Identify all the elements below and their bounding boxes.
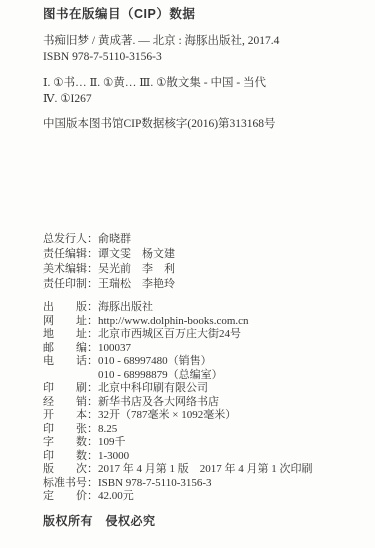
cip-isbn-line: ISBN 978-7-5110-3156-3 — [43, 49, 355, 65]
row-colon: ： — [87, 450, 98, 464]
row-value: 109千 — [98, 436, 126, 448]
pub-row-distribution: 经 销：新华书店及各大网络书店 — [43, 396, 355, 410]
row-label: 印 数 — [43, 450, 87, 464]
row-value: 谭文雯 杨文建 — [98, 248, 175, 260]
row-colon: ： — [87, 247, 98, 262]
row-label: 标准书号 — [43, 477, 87, 491]
row-colon: ： — [87, 396, 98, 410]
row-colon: ： — [87, 232, 98, 247]
publication-list: 出 版：海豚出版社 网 址：http://www.dolphin-books.c… — [43, 301, 355, 504]
row-label: 责任印制 — [43, 277, 87, 292]
row-value: 010 - 68998879（总编室） — [98, 369, 223, 381]
pub-row-price: 定 价：42.00元 — [43, 490, 355, 504]
row-label: 网 址 — [43, 315, 87, 329]
row-label: 电 话 — [43, 355, 87, 369]
row-colon: ： — [87, 342, 98, 356]
cip-record-line: 书痴旧梦 / 黄成著. — 北京 : 海豚出版社, 2017.4 — [43, 33, 355, 49]
row-value: 42.00元 — [98, 490, 134, 502]
pub-row-edition: 版 次：2017 年 4 月第 1 版 2017 年 4 月第 1 次印刷 — [43, 463, 355, 477]
row-colon: ： — [87, 315, 98, 329]
pub-row-address: 地 址：北京市西城区百万庄大街24号 — [43, 328, 355, 342]
row-colon: ： — [87, 463, 98, 477]
row-label: 责任编辑 — [43, 247, 87, 262]
row-label: 开 本 — [43, 409, 87, 423]
cip-registry-number: 中国版本图书馆CIP数据核字(2016)第313168号 — [43, 116, 355, 132]
row-value: 俞晓群 — [98, 233, 131, 245]
row-label: 地 址 — [43, 328, 87, 342]
pub-row-print-run: 印 数：1-3000 — [43, 450, 355, 464]
cip-classification-line: Ⅰ. ①书… Ⅱ. ①黄… Ⅲ. ①散文集 - 中国 - 当代 — [43, 75, 355, 91]
pub-row-phone: 电 话：010 - 68997480（销售） — [43, 355, 355, 369]
row-value: 北京中科印刷有限公司 — [98, 382, 208, 394]
row-label: 定 价 — [43, 490, 87, 504]
row-label: 印 张 — [43, 423, 87, 437]
pub-row-word-count: 字 数：109千 — [43, 436, 355, 450]
row-colon: ： — [87, 477, 98, 491]
row-colon: ： — [87, 436, 98, 450]
row-label: 邮 编 — [43, 342, 87, 356]
pub-row-publisher: 出 版：海豚出版社 — [43, 301, 355, 315]
staff-row-general-distributor: 总发行人：俞晓群 — [43, 232, 355, 247]
pub-row-isbn: 标准书号：ISBN 978-7-5110-3156-3 — [43, 477, 355, 491]
pub-row-phone-2: ：010 - 68998879（总编室） — [43, 369, 355, 383]
row-colon: ： — [87, 355, 98, 369]
row-value: 1-3000 — [98, 450, 129, 462]
cip-classification-line: Ⅳ. ①I267 — [43, 91, 355, 107]
row-value: 2017 年 4 月第 1 版 2017 年 4 月第 1 次印刷 — [98, 463, 313, 475]
staff-row-art-editor: 美术编辑：吴光前 李 利 — [43, 262, 355, 277]
row-colon: ： — [87, 490, 98, 504]
row-label: 经 销 — [43, 396, 87, 410]
copyright-page: 图书在版编目（CIP）数据 书痴旧梦 / 黄成著. — 北京 : 海豚出版社, … — [0, 0, 375, 548]
pub-row-format: 开 本：32开（787毫米 × 1092毫米） — [43, 409, 355, 423]
row-colon: ： — [87, 409, 98, 423]
copyright-notice: 版权所有 侵权必究 — [43, 514, 355, 528]
row-value: 100037 — [98, 342, 131, 354]
row-colon: ： — [87, 262, 98, 277]
row-label: 总发行人 — [43, 232, 87, 247]
row-value: 010 - 68997480（销售） — [98, 355, 212, 367]
row-value: http://www.dolphin-books.com.cn — [98, 315, 249, 327]
row-value: 王瑞松 李艳玲 — [98, 278, 175, 290]
row-label: 印 刷 — [43, 382, 87, 396]
row-label: 美术编辑 — [43, 262, 87, 277]
staff-row-print-supervisor: 责任印制：王瑞松 李艳玲 — [43, 277, 355, 292]
row-label: 版 次 — [43, 463, 87, 477]
row-label: 出 版 — [43, 301, 87, 315]
pub-row-website: 网 址：http://www.dolphin-books.com.cn — [43, 315, 355, 329]
row-value: 8.25 — [98, 423, 117, 435]
row-colon: ： — [87, 382, 98, 396]
staff-row-managing-editor: 责任编辑：谭文雯 杨文建 — [43, 247, 355, 262]
cip-classification-block: Ⅰ. ①书… Ⅱ. ①黄… Ⅲ. ①散文集 - 中国 - 当代 Ⅳ. ①I267 — [43, 75, 355, 107]
pub-row-postcode: 邮 编：100037 — [43, 342, 355, 356]
row-value: 吴光前 李 利 — [98, 263, 175, 275]
row-value: 海豚出版社 — [98, 301, 153, 313]
row-value: 新华书店及各大网络书店 — [98, 396, 219, 408]
row-colon: ： — [87, 423, 98, 437]
row-colon: ： — [87, 277, 98, 292]
row-label: 字 数 — [43, 436, 87, 450]
row-colon: ： — [87, 328, 98, 342]
row-value: ISBN 978-7-5110-3156-3 — [98, 477, 212, 489]
row-colon: ： — [87, 301, 98, 315]
pub-row-sheets: 印 张：8.25 — [43, 423, 355, 437]
cip-record-block: 书痴旧梦 / 黄成著. — 北京 : 海豚出版社, 2017.4 ISBN 97… — [43, 33, 355, 65]
row-value: 32开（787毫米 × 1092毫米） — [98, 409, 236, 421]
staff-list: 总发行人：俞晓群 责任编辑：谭文雯 杨文建 美术编辑：吴光前 李 利 责任印制：… — [43, 232, 355, 292]
cip-heading: 图书在版编目（CIP）数据 — [43, 7, 355, 22]
row-value: 北京市西城区百万庄大街24号 — [98, 328, 241, 340]
pub-row-printer: 印 刷：北京中科印刷有限公司 — [43, 382, 355, 396]
